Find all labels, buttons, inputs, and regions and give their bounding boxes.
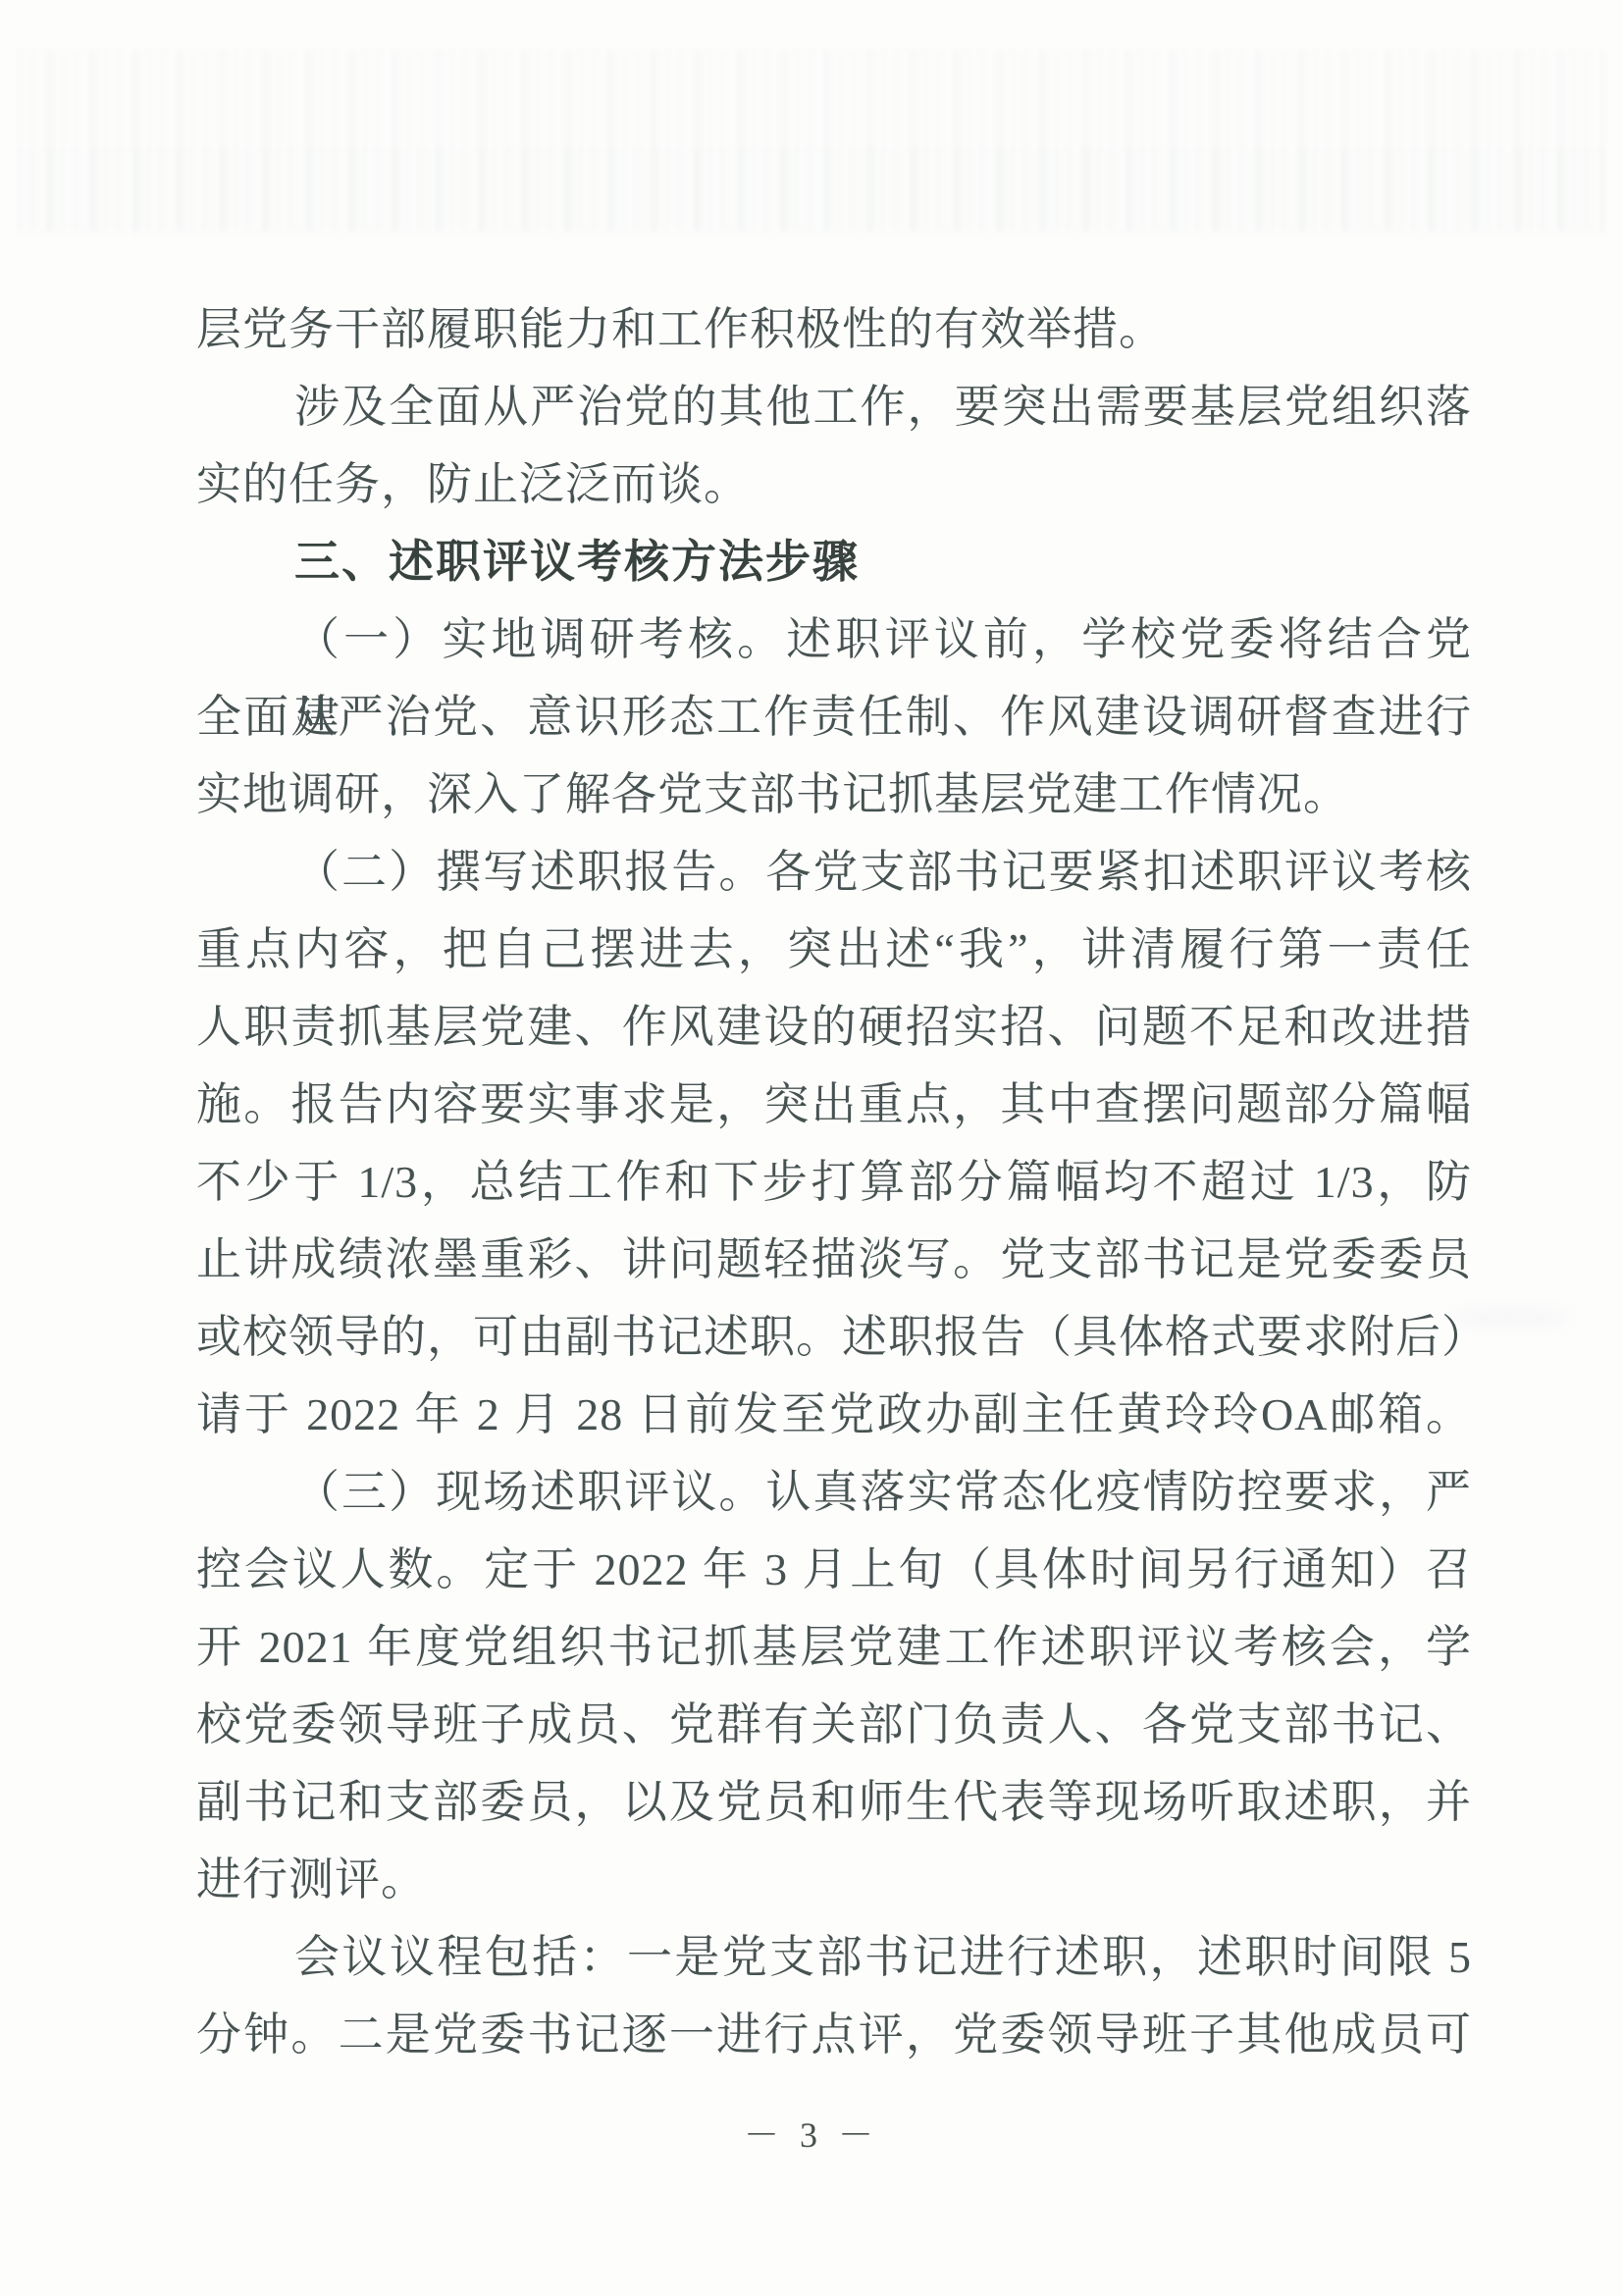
text-line: 止讲成绩浓墨重彩、讲问题轻描淡写。党支部书记是党委委员 bbox=[196, 1221, 1472, 1298]
text-line: 进行测评。 bbox=[196, 1841, 1472, 1918]
text-line: 会议议程包括：一是党支部书记进行述职，述职时间限 5 bbox=[196, 1918, 1472, 1996]
document-page: 层党务干部履职能力和工作积极性的有效举措。涉及全面从严治党的其他工作，要突出需要… bbox=[0, 0, 1623, 2296]
text-line: 施。报告内容要实事求是，突出重点，其中查摆问题部分篇幅 bbox=[196, 1066, 1472, 1143]
text-line: 重点内容，把自己摆进去，突出述“我”，讲清履行第一责任 bbox=[196, 911, 1472, 988]
text-line: 或校领导的，可由副书记述职。述职报告（具体格式要求附后） bbox=[196, 1298, 1472, 1376]
text-lines: 层党务干部履职能力和工作积极性的有效举措。涉及全面从严治党的其他工作，要突出需要… bbox=[196, 290, 1472, 2073]
text-line: 请于 2022 年 2 月 28 日前发至党政办副主任黄玲玲OA邮箱。 bbox=[196, 1376, 1472, 1453]
text-line: 实的任务，防止泛泛而谈。 bbox=[196, 445, 1472, 523]
text-line: 校党委领导班子成员、党群有关部门负责人、各党支部书记、 bbox=[196, 1686, 1472, 1763]
text-line: 实地调研，深入了解各党支部书记抓基层党建工作情况。 bbox=[196, 756, 1472, 833]
text-line: （三）现场述职评议。认真落实常态化疫情防控要求，严 bbox=[196, 1453, 1472, 1531]
text-line: 开 2021 年度党组织书记抓基层党建工作述职评议考核会，学 bbox=[196, 1608, 1472, 1686]
text-line: （一）实地调研考核。述职评议前，学校党委将结合党建、 bbox=[196, 600, 1472, 678]
section-heading: 三、述职评议考核方法步骤 bbox=[196, 523, 1472, 600]
text-line: （二）撰写述职报告。各党支部书记要紧扣述职评议考核 bbox=[196, 833, 1472, 911]
text-line: 全面从严治党、意识形态工作责任制、作风建设调研督查进行 bbox=[196, 678, 1472, 756]
text-line: 分钟。二是党委书记逐一进行点评，党委领导班子其他成员可 bbox=[196, 1996, 1472, 2073]
text-line: 控会议人数。定于 2022 年 3 月上旬（具体时间另行通知）召 bbox=[196, 1531, 1472, 1608]
text-line: 人职责抓基层党建、作风建设的硬招实招、问题不足和改进措 bbox=[196, 988, 1472, 1066]
text-line: 不少于 1/3，总结工作和下步打算部分篇幅均不超过 1/3，防 bbox=[196, 1143, 1472, 1221]
text-line: 副书记和支部委员，以及党员和师生代表等现场听取述职，并 bbox=[196, 1763, 1472, 1841]
text-line: 涉及全面从严治党的其他工作，要突出需要基层党组织落 bbox=[196, 368, 1472, 445]
scan-bleedthrough-artifact bbox=[18, 147, 1605, 235]
text-line: 层党务干部履职能力和工作积极性的有效举措。 bbox=[196, 290, 1472, 368]
page-number: － 3 － bbox=[0, 2108, 1623, 2158]
